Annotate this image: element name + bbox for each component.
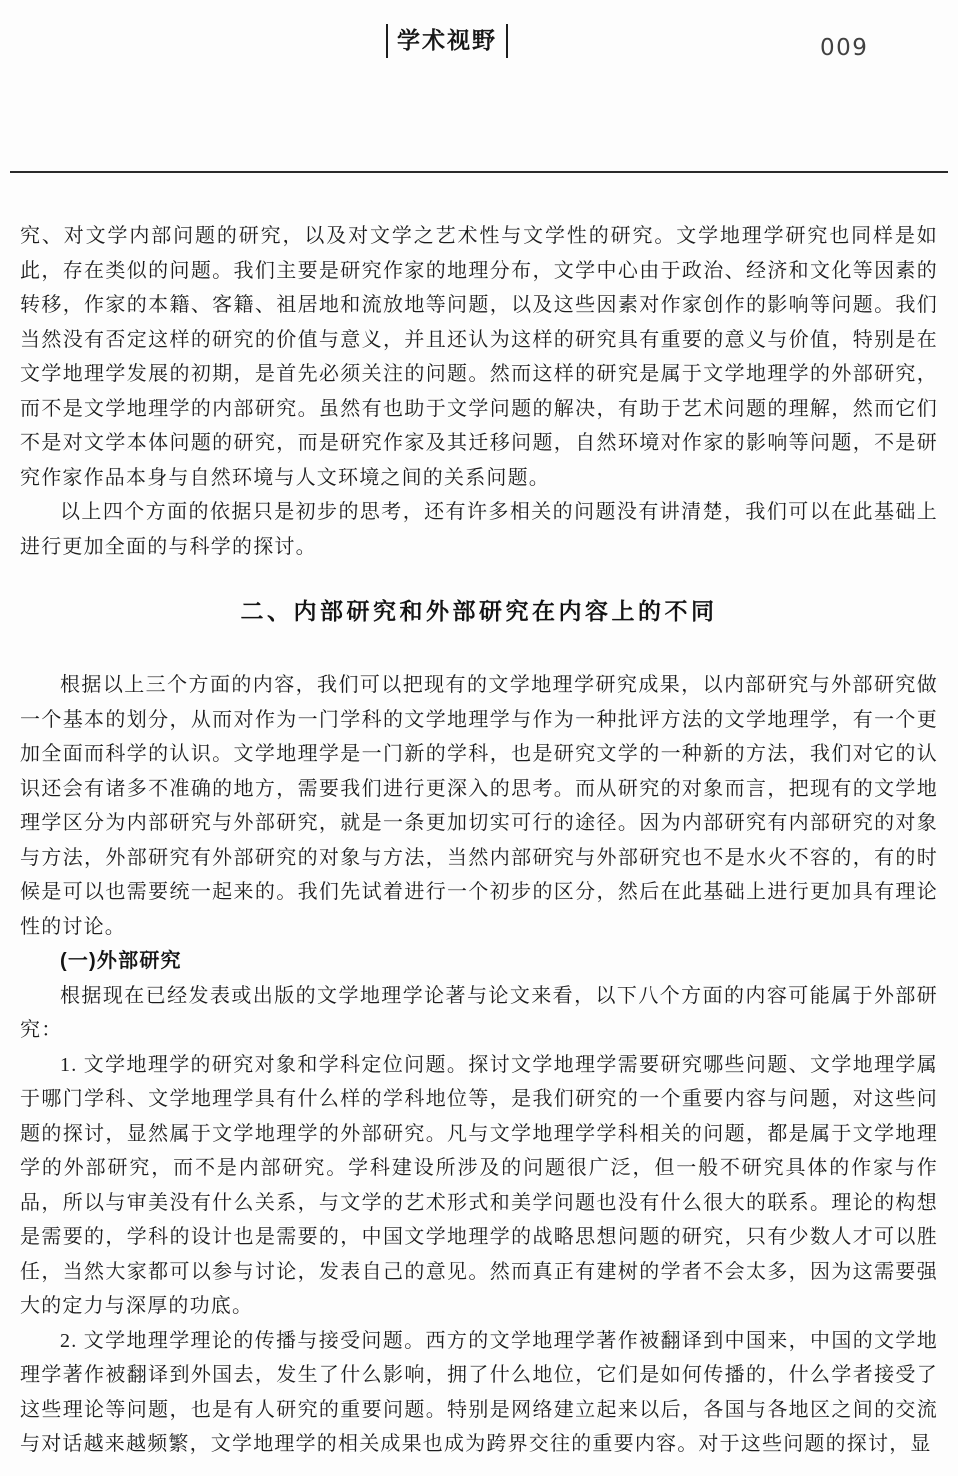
subsection-heading: (一)外部研究 <box>20 944 938 979</box>
document-page: 学术视野 009 究、对文学内部问题的研究，以及对文学之艺术性与文学性的研究。文… <box>0 0 958 1476</box>
paragraph-intro: 根据以上三个方面的内容，我们可以把现有的文学地理学研究成果，以内部研究与外部研究… <box>20 668 938 944</box>
paragraph-continuation: 究、对文学内部问题的研究，以及对文学之艺术性与文学性的研究。文学地理学研究也同样… <box>20 219 938 495</box>
section-heading: 二、内部研究和外部研究在内容上的不同 <box>20 594 938 628</box>
article-body: 究、对文学内部问题的研究，以及对文学之艺术性与文学性的研究。文学地理学研究也同样… <box>20 219 938 1462</box>
paragraph-lead: 根据现在已经发表或出版的文学地理学论著与论文来看，以下八个方面的内容可能属于外部… <box>20 979 938 1048</box>
list-item-1: 1. 文学地理学的研究对象和学科定位问题。探讨文学地理学需要研究哪些问题、文学地… <box>20 1048 938 1324</box>
list-item-2: 2. 文学地理学理论的传播与接受问题。西方的文学地理学著作被翻译到中国来，中国的… <box>20 1324 938 1462</box>
page-header: 学术视野 009 <box>0 0 958 70</box>
page-number: 009 <box>820 36 868 60</box>
header-rule <box>10 171 948 173</box>
paragraph-summary: 以上四个方面的依据只是初步的思考，还有许多相关的问题没有讲清楚，我们可以在此基础… <box>20 495 938 564</box>
journal-section-title: 学术视野 <box>386 24 508 58</box>
